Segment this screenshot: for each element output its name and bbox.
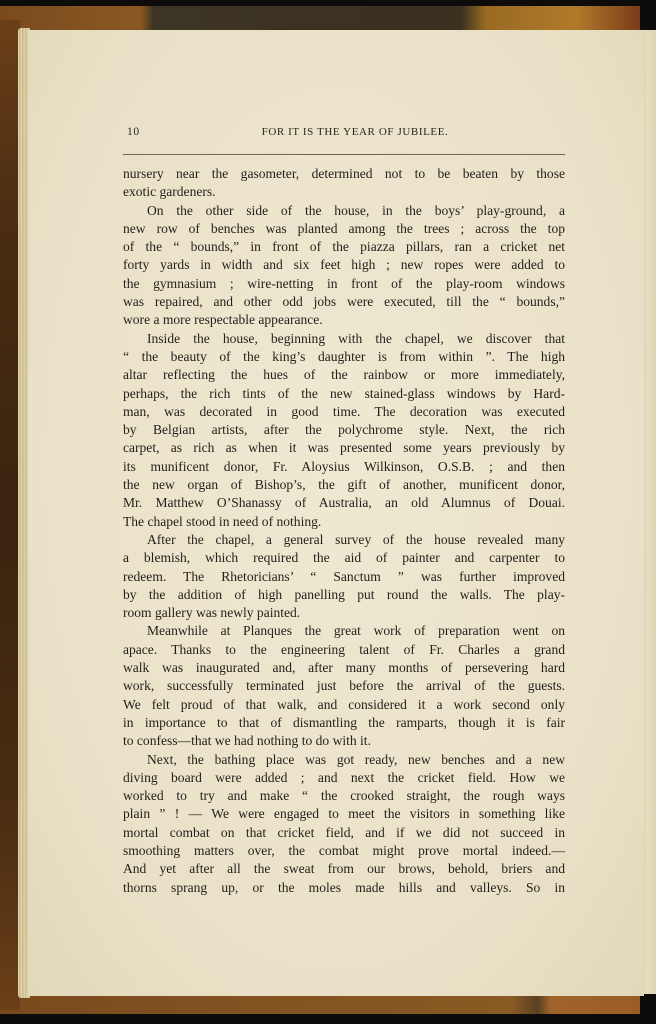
text-line: its munificent donor, Fr. Aloysius Wilki…	[123, 458, 565, 476]
text-line: redeem. The Rhetoricians’ “ Sanctum ” wa…	[123, 568, 565, 586]
text-line: by Belgian artists, after the polychrome…	[123, 421, 565, 439]
book-cover-bottom-edge	[0, 996, 640, 1014]
text-line: diving board were added ; and next the c…	[123, 769, 565, 787]
text-line: the new organ of Bishop’s, the gift of a…	[123, 476, 565, 494]
text-line: plain ” ! — We were engaged to meet the …	[123, 805, 565, 823]
text-line: altar reflecting the hues of the rainbow…	[123, 366, 565, 384]
book-cover-top-edge	[0, 6, 640, 32]
running-title: FOR IT IS THE YEAR OF JUBILEE.	[125, 126, 575, 138]
text-line: Inside the house, beginning with the cha…	[123, 330, 565, 348]
text-line: room gallery was newly painted.	[123, 604, 565, 622]
book-cover-left-edge	[0, 20, 20, 1010]
text-line: nursery near the gasometer, determined n…	[123, 165, 565, 183]
text-line: “ the beauty of the king’s daughter is f…	[123, 348, 565, 366]
text-line: And yet after all the sweat from our bro…	[123, 860, 565, 878]
running-header: 10 FOR IT IS THE YEAR OF JUBILEE.	[125, 124, 565, 142]
paragraph: Inside the house, beginning with the cha…	[123, 330, 565, 531]
text-line: smoothing matters over, the combat might…	[123, 842, 565, 860]
text-line: apace. Thanks to the engineering talent …	[123, 641, 565, 659]
text-line: walk was inaugurated and, after many mon…	[123, 659, 565, 677]
text-line: perhaps, the rich tints of the new stain…	[123, 385, 565, 403]
text-line: a blemish, which required the aid of pai…	[123, 549, 565, 567]
text-line: Meanwhile at Planques the great work of …	[123, 622, 565, 640]
paragraph: nursery near the gasometer, determined n…	[123, 165, 565, 202]
header-rule	[123, 154, 565, 155]
text-line: the gymnasium ; wire-netting in front of…	[123, 275, 565, 293]
text-line: thorns sprang up, or the moles made hill…	[123, 879, 565, 897]
text-line: worked to try and make “ the crooked str…	[123, 787, 565, 805]
text-line: mortal combat on that cricket field, and…	[123, 824, 565, 842]
text-line: We felt proud of that walk, and consider…	[123, 696, 565, 714]
text-line: The chapel stood in need of nothing.	[123, 513, 565, 531]
text-line: was repaired, and other odd jobs were ex…	[123, 293, 565, 311]
text-line: by the addition of high panelling put ro…	[123, 586, 565, 604]
paragraph: On the other side of the house, in the b…	[123, 202, 565, 330]
text-line: exotic gardeners.	[123, 183, 565, 201]
text-line: to confess—that we had nothing to do wit…	[123, 732, 565, 750]
text-line: work, successfully terminated just befor…	[123, 677, 565, 695]
paragraph: Next, the bathing place was got ready, n…	[123, 751, 565, 897]
text-line: Next, the bathing place was got ready, n…	[123, 751, 565, 769]
text-line: new row of benches was planted among the…	[123, 220, 565, 238]
body-text: nursery near the gasometer, determined n…	[123, 165, 565, 897]
text-line: carpet, as rich as when it was presented…	[123, 439, 565, 457]
text-line: man, was decorated in good time. The dec…	[123, 403, 565, 421]
text-line: After the chapel, a general survey of th…	[123, 531, 565, 549]
text-line: Mr. Matthew O’Shanassy of Australia, an …	[123, 494, 565, 512]
text-line: forty yards in width and six feet high ;…	[123, 256, 565, 274]
text-line: On the other side of the house, in the b…	[123, 202, 565, 220]
paragraph: After the chapel, a general survey of th…	[123, 531, 565, 622]
text-line: in importance to that of dismantling the…	[123, 714, 565, 732]
text-line: of the “ bounds,” in front of the piazza…	[123, 238, 565, 256]
paragraph: Meanwhile at Planques the great work of …	[123, 622, 565, 750]
text-line: wore a more respectable appearance.	[123, 311, 565, 329]
